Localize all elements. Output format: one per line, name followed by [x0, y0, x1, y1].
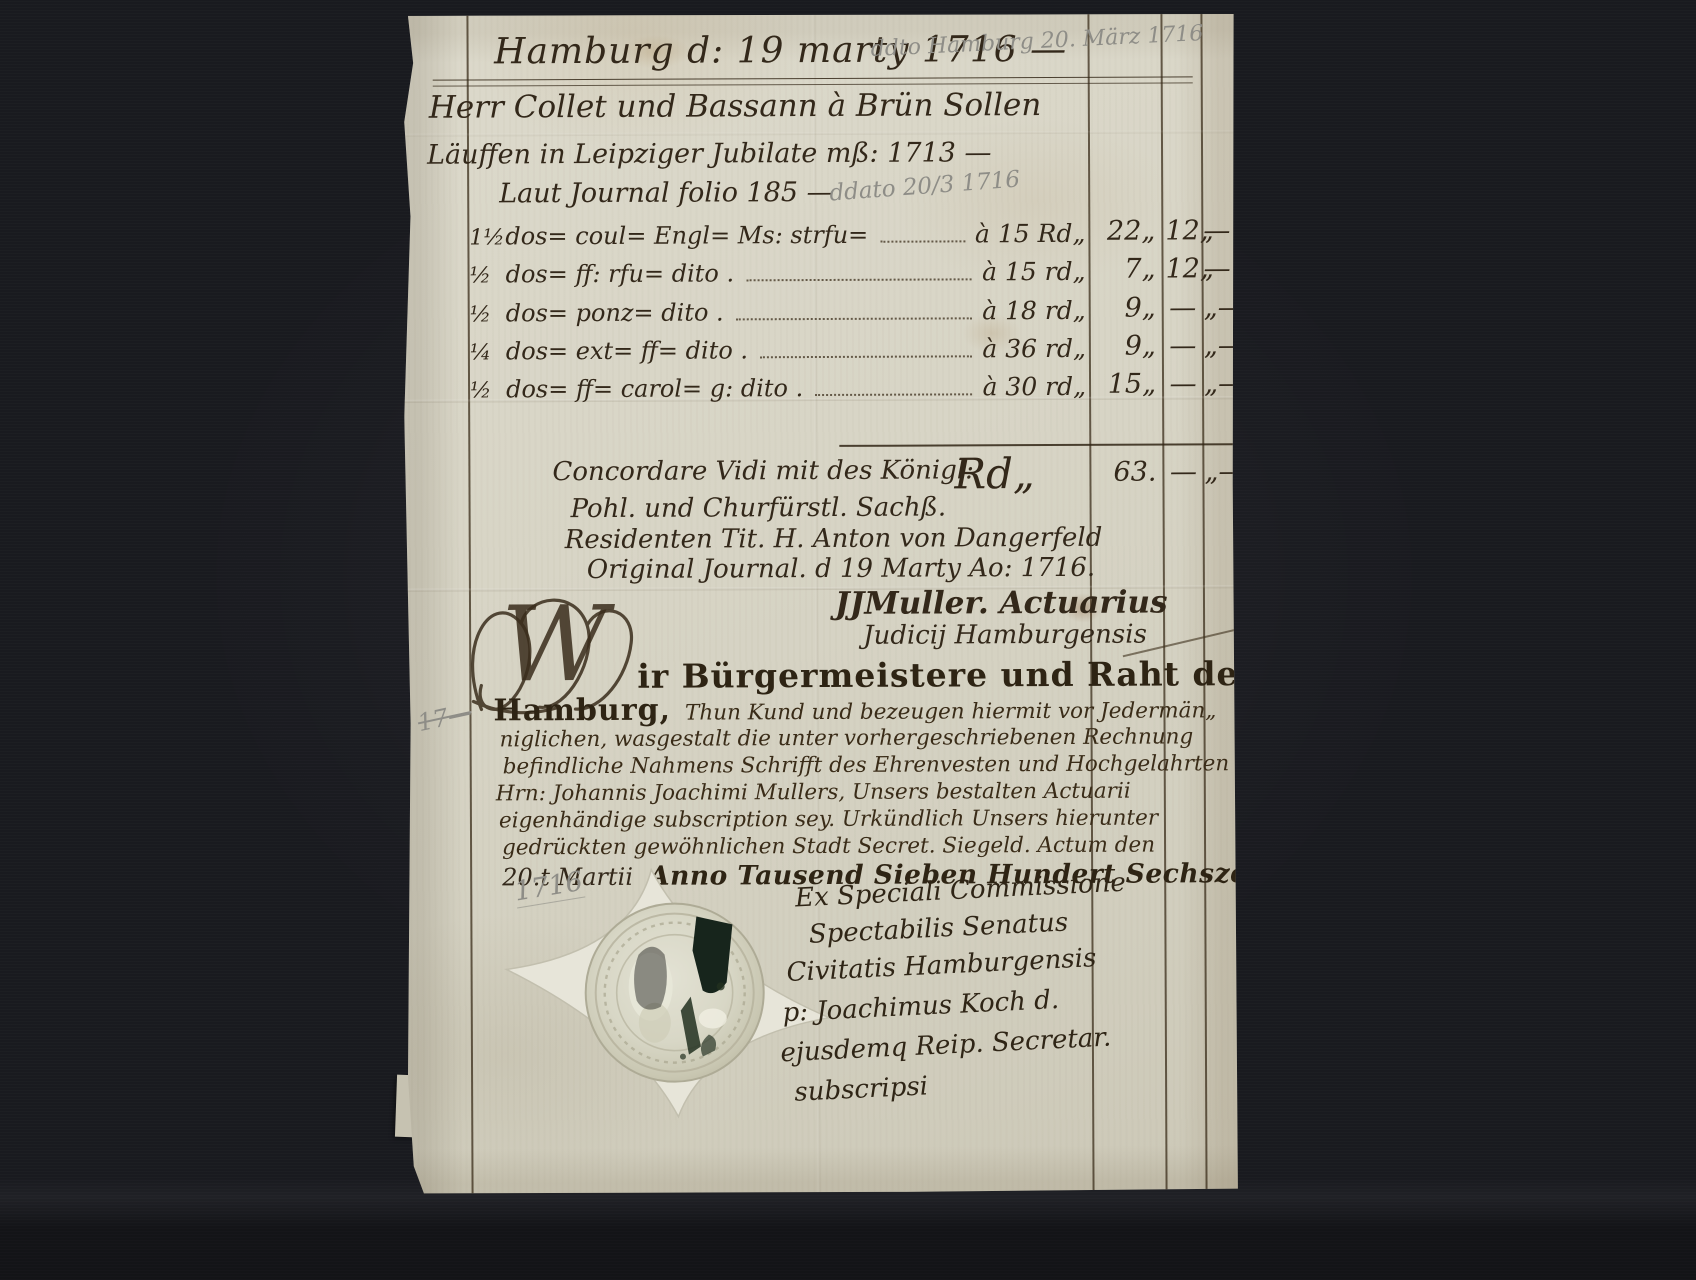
- journal-reference-line: Laut Journal folio 185 —: [499, 177, 834, 209]
- subject-line: Läuffen in Leipziger Jubilate mß: 1713 —: [427, 137, 992, 170]
- item-quantity: ½: [470, 378, 506, 403]
- item-quantity: ½: [470, 263, 506, 288]
- total-schilling: —: [1166, 456, 1200, 487]
- dotted-leader: [746, 278, 972, 281]
- attestation-text: Thun Kund und bezeugen hiermit vor Jeder…: [685, 698, 1217, 725]
- attestation-line: Hamburg, Thun Kund und bezeugen hiermit …: [493, 690, 1216, 728]
- pencil-annotation-journal: ddato 20/3 1716: [828, 166, 1020, 206]
- item-price: à 18 rd„: [982, 296, 1086, 325]
- attestation-heading: ir Bürgermeistere und Raht der Stadt: [637, 654, 1373, 696]
- amount-thaler: 15„: [1094, 369, 1156, 400]
- amount-schilling: —: [1166, 292, 1200, 323]
- item-description: dos= coul= Engl= Ms: strfu=: [505, 221, 868, 251]
- addressee-line: Herr Collet und Bassann à Brün Sollen: [429, 87, 1042, 126]
- certification-line: Pohl. und Churfürstl. Sachß.: [571, 492, 947, 524]
- amount-tail: —: [1203, 253, 1233, 284]
- item-description: dos= ff= carol= g: dito .: [506, 374, 803, 403]
- attestation-line: niglichen, wasgestalt die unter vorherge…: [500, 724, 1194, 752]
- amount-tail: „—: [1204, 330, 1234, 361]
- item-price: à 36 rd„: [982, 334, 1086, 363]
- amount-tail: „—: [1204, 292, 1234, 323]
- attestation-line: gedrückten gewöhnlichen Stadt Secret. Si…: [502, 833, 1155, 861]
- pencil-margin-scribble: 17—: [415, 698, 474, 737]
- total-tail: „—: [1204, 456, 1234, 487]
- dotted-leader: [880, 240, 965, 242]
- item-price: à 30 rd„: [982, 372, 1086, 401]
- item-quantity: ½: [470, 302, 506, 327]
- city-wax-seal: [496, 860, 841, 1129]
- item-price: à 15 Rd„: [975, 219, 1086, 248]
- item-quantity: 1½: [469, 225, 505, 250]
- amount-thaler: 22„: [1093, 216, 1155, 247]
- amount-thaler: 7„: [1093, 254, 1155, 285]
- item-description: dos= ff: rfu= dito .: [505, 259, 734, 288]
- initial-letter: W: [501, 583, 608, 705]
- city-name-large: Hamburg,: [493, 693, 671, 729]
- item-description: dos= ext= ff= dito .: [506, 336, 748, 365]
- secretary-line: Spectabilis Senatus: [808, 907, 1069, 949]
- invoice-row: ½ dos= ff: rfu= dito . à 15 rd„: [469, 257, 1085, 290]
- actuary-signature: JJMuller. Actuarius: [835, 584, 1168, 621]
- attestation-line: eigenhändige subscription sey. Urkündlic…: [499, 806, 1158, 834]
- invoice-row: ½ dos= ponz= dito . à 18 rd„: [470, 296, 1086, 329]
- invoice-row: ¼ dos= ext= ff= dito . à 36 rd„: [470, 334, 1086, 367]
- attestation-line: Hrn: Johannis Joachimi Mullers, Unsers b…: [496, 779, 1131, 807]
- item-quantity: ¼: [470, 340, 506, 365]
- amount-thaler: 9„: [1094, 331, 1156, 362]
- fold-crease: [401, 130, 1235, 137]
- dotted-leader: [760, 355, 972, 358]
- certification-line: Original Journal. d 19 Marty Ao: 1716.: [587, 553, 1095, 585]
- secretary-line: subscripsi: [794, 1071, 929, 1107]
- amount-tail: —: [1203, 215, 1233, 246]
- amount-schilling: 12„: [1165, 253, 1199, 284]
- amount-schilling: —: [1166, 330, 1200, 361]
- attestation-line: befindliche Nahmens Schrifft des Ehrenve…: [503, 751, 1230, 779]
- amount-tail: „—: [1204, 368, 1234, 399]
- item-description: dos= ponz= dito .: [506, 298, 724, 327]
- dotted-leader: [736, 317, 973, 320]
- certification-line: Concordare Vidi mit des Königl:: [552, 455, 974, 487]
- item-price: à 15 rd„: [982, 257, 1086, 286]
- amount-column-rule-3: [1200, 12, 1207, 1192]
- amount-thaler: 9„: [1094, 293, 1156, 324]
- invoice-row: ½ dos= ff= carol= g: dito . à 30 rd„: [470, 372, 1086, 405]
- certification-line: Residenten Tit. H. Anton von Dangerfeld: [565, 523, 1103, 555]
- total-rule: [839, 443, 1233, 447]
- dotted-leader: [815, 393, 972, 396]
- manuscript-page: Hamburg d: 19 marty 1716 — ddto Hamburg …: [400, 12, 1239, 1196]
- total-thaler: 63.: [1094, 457, 1156, 488]
- photograph-background: { "photo": { "background_color": "#191a1…: [0, 0, 1696, 1280]
- amount-schilling: 12„: [1165, 215, 1199, 246]
- amount-schilling: —: [1166, 368, 1200, 399]
- actuary-signature-title: Judicij Hamburgensis: [863, 620, 1147, 651]
- invoice-row: 1½ dos= coul= Engl= Ms: strfu= à 15 Rd„: [469, 219, 1085, 252]
- seal-graphic-icon: [496, 860, 841, 1129]
